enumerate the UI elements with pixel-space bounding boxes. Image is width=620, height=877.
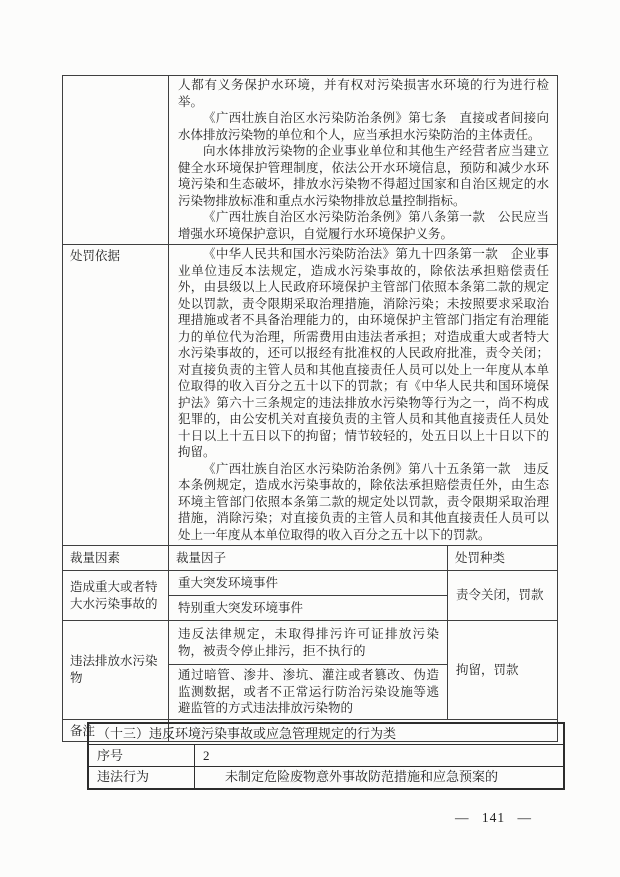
paragraph: 《广西壮族自治区水污染防治条例》第八条第一款 公民应当增强水环境保护意识，自觉履… [178,209,549,242]
cell-serial-number-value: 2 [194,745,564,767]
table-row: 违法排放水污染物 违反法律规定，未取得排污许可证排放污染物，被责令停止排污，拒不… [63,621,558,665]
table-row: 人都有义务保护水环境，并有权对污染损害水环境的行为进行检举。 《广西壮族自治区水… [63,76,558,245]
cell-penalty-type: 拘留，罚款 [448,621,558,720]
paragraph: 人都有义务保护水环境，并有权对污染损害水环境的行为进行检举。 [178,77,549,110]
penalty-table: 人都有义务保护水环境，并有权对污染损害水环境的行为进行检举。 《广西壮族自治区水… [62,75,558,742]
paragraph: 《广西壮族自治区水污染防治条例》第八十五条第一款 违反本条例规定，造成水污染事故… [178,461,549,544]
cell-sub-factor: 违反法律规定，未取得排污许可证排放污染物，被责令停止排污，拒不执行的 [169,621,448,665]
cell-category-title: （十三）违反环境污染事故或应急管理规定的行为类 [88,723,564,745]
table-row-category-title: （十三）违反环境污染事故或应急管理规定的行为类 [88,723,564,745]
table-row: 造成重大或者特大水污染事故的 重大突发环境事件 责令关闭，罚款 [63,571,558,596]
cell-illegal-act-value: 未制定危险废物意外事故防范措施和应急预案的 [194,767,564,789]
cell-sub-factor: 通过暗管、渗井、渗坑、灌注或者篡改、伪造监测数据，或者不正常运行防治污染设施等逃… [169,665,448,720]
table-row-discretion-header: 裁量因素 裁量因子 处罚种类 [63,546,558,571]
table-row: 处罚依据 《中华人民共和国水污染防治法》第九十四条第一款 企业事业单位违反本法规… [63,245,558,546]
table-row: 违法行为 未制定危险废物意外事故防范措施和应急预案的 [88,767,564,789]
cell-label-illegal-act: 违法行为 [88,767,194,789]
cell-label-empty [63,76,169,245]
paragraph: 《中华人民共和国水污染防治法》第九十四条第一款 企业事业单位违反本法规定，造成水… [178,246,549,461]
cell-header-sub-factor: 裁量因子 [169,546,448,571]
cell-penalty-basis-text: 《中华人民共和国水污染防治法》第九十四条第一款 企业事业单位违反本法规定，造成水… [169,245,558,546]
cell-sub-factor: 特别重大突发环境事件 [169,596,448,621]
cell-header-factor: 裁量因素 [63,546,169,571]
paragraph: 《广西壮族自治区水污染防治条例》第七条 直接或者间接向水体排放污染物的单位和个人… [178,110,549,143]
cell-label-serial-number: 序号 [88,745,194,767]
page-number: — 141 — [455,810,532,826]
table-row: 序号 2 [88,745,564,767]
cell-label-penalty-basis: 处罚依据 [63,245,169,546]
cell-header-penalty-type: 处罚种类 [448,546,558,571]
cell-factor-illegal-discharge: 违法排放水污染物 [63,621,169,720]
cell-factor-major-accident: 造成重大或者特大水污染事故的 [63,571,169,621]
cell-penalty-type: 责令关闭，罚款 [448,571,558,621]
cell-sub-factor: 重大突发环境事件 [169,571,448,596]
paragraph: 向水体排放污染物的企业事业单位和其他生产经营者应当建立健全水环境保护管理制度，依… [178,143,549,209]
document-page: 人都有义务保护水环境，并有权对污染损害水环境的行为进行检举。 《广西壮族自治区水… [0,0,620,877]
category-table: （十三）违反环境污染事故或应急管理规定的行为类 序号 2 违法行为 未制定危险废… [87,722,565,790]
cell-continuation-text: 人都有义务保护水环境，并有权对污染损害水环境的行为进行检举。 《广西壮族自治区水… [169,76,558,245]
